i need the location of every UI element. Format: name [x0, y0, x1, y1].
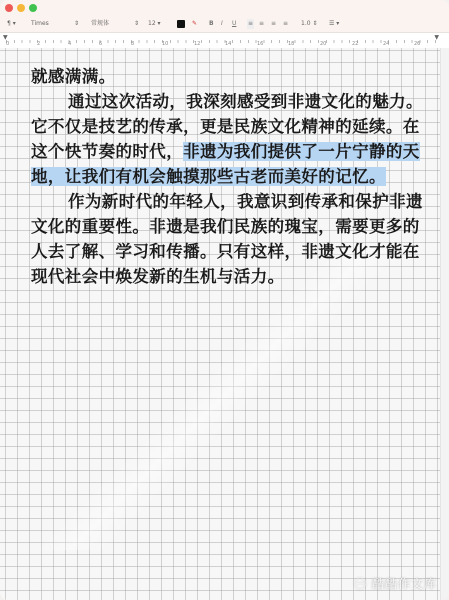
text-line: 地，让我们有机会触摸那些古老而美好的记忆。: [31, 164, 431, 189]
ruler-label: 16: [257, 41, 263, 47]
text-color-button[interactable]: [177, 20, 185, 28]
ruler-label: 20: [320, 41, 326, 47]
ruler-label: 18: [288, 41, 294, 47]
stepper-icon: ⇕: [134, 18, 139, 29]
align-center-button[interactable]: ≡: [259, 19, 264, 29]
ruler[interactable]: ▼ ▼ 0 2 4 6 8 10 12 14 16 18 20 22 24 26: [0, 32, 449, 49]
marker-icon: ✎: [192, 20, 197, 27]
align-left-button[interactable]: ≡: [247, 19, 254, 29]
list-icon: ☰: [329, 20, 334, 27]
align-justify-button[interactable]: ≡: [283, 19, 288, 29]
ruler-label: 2: [37, 41, 40, 47]
stepper-icon: ⇕: [74, 18, 79, 29]
ruler-label: 22: [352, 41, 358, 47]
selected-text: 非遗为我们提供了一片宁静的天: [183, 142, 420, 161]
align-center-icon: ≡: [259, 20, 264, 27]
ruler-label: 24: [383, 41, 389, 47]
text-line: 人去了解、学习和传播。只有这样，非遗文化才能在: [31, 239, 431, 264]
align-right-icon: ≡: [271, 20, 276, 27]
ruler-label: 8: [131, 41, 134, 47]
ruler-label: 14: [225, 41, 231, 47]
text-line: 这个快节奏的时代，非遗为我们提供了一片宁静的天: [31, 139, 431, 164]
close-button[interactable]: [5, 4, 13, 12]
paragraph-icon: ¶: [7, 20, 11, 27]
text-line: 现代社会中焕发新的生机与活力。: [31, 264, 431, 289]
text-line: 它不仅是技艺的传承，更是民族文化精神的延续。在: [31, 114, 431, 139]
paragraph-style-select[interactable]: ¶ ▾: [4, 18, 26, 29]
highlight-color-button[interactable]: ✎: [192, 19, 197, 29]
zoom-button[interactable]: [29, 4, 37, 12]
ruler-label: 4: [68, 41, 71, 47]
text-line: 作为新时代的年轻人，我意识到传承和保护非遗: [31, 189, 431, 214]
ruler-label: 26: [414, 41, 420, 47]
ruler-label: 10: [162, 41, 168, 47]
title-bar: [0, 0, 449, 16]
text-line: 文化的重要性。非遗是我们民族的瑰宝，需要更多的: [31, 214, 431, 239]
ruler-label: 0: [6, 41, 9, 47]
line-spacing-select[interactable]: 1.0 ⇕: [298, 18, 322, 29]
ruler-label: 12: [194, 41, 200, 47]
text-line: 通过这次活动，我深刻感受到非遗文化的魅力。: [31, 89, 431, 114]
watermark: ㊀ 酷酷作文库: [354, 575, 437, 592]
font-family-select[interactable]: Times ⇕: [28, 18, 82, 29]
text-editor-window: ¶ ▾ Times ⇕ 常规体 ⇕ 12 ▾ ✎ B I U ≡ ≡ ≡ ≡ 1…: [0, 0, 449, 600]
underline-button[interactable]: U: [232, 19, 236, 29]
align-justify-icon: ≡: [283, 20, 288, 27]
font-size-select[interactable]: 12 ▾: [145, 18, 171, 29]
format-toolbar: ¶ ▾ Times ⇕ 常规体 ⇕ 12 ▾ ✎ B I U ≡ ≡ ≡ ≡ 1…: [0, 16, 449, 32]
scrollbar-track[interactable]: [440, 48, 449, 600]
document-text[interactable]: 就感满满。 通过这次活动，我深刻感受到非遗文化的魅力。 它不仅是技艺的传承，更是…: [31, 64, 431, 289]
font-style-select[interactable]: 常规体 ⇕: [88, 18, 142, 29]
text-line: 就感满满。: [31, 64, 431, 89]
bold-button[interactable]: B: [209, 19, 214, 29]
minimize-button[interactable]: [17, 4, 25, 12]
ruler-label: 6: [99, 41, 102, 47]
selected-text: 地，让我们有机会触摸那些古老而美好的记忆。: [31, 167, 386, 186]
align-left-icon: ≡: [248, 20, 253, 27]
list-style-select[interactable]: ☰ ▾: [326, 18, 348, 29]
italic-button[interactable]: I: [221, 19, 223, 29]
align-right-button[interactable]: ≡: [271, 19, 276, 29]
